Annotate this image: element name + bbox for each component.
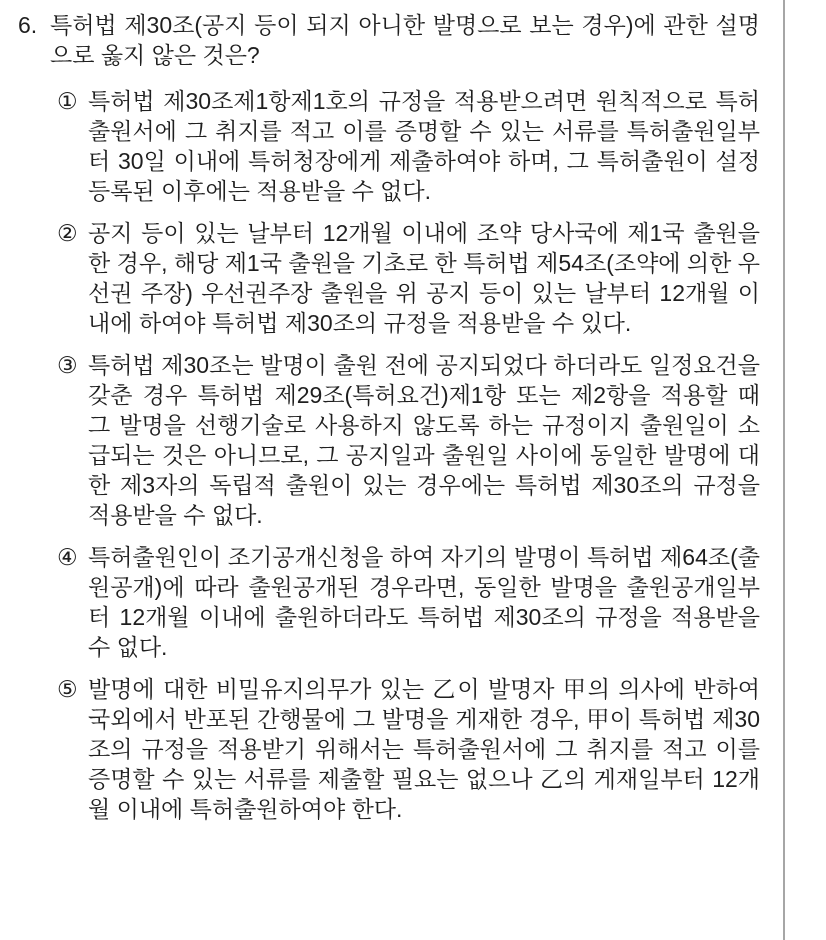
question-text: 특허법 제30조(공지 등이 되지 아니한 발명으로 보는 경우)에 관한 설명… [50, 10, 760, 70]
option-5-text: 발명에 대한 비밀유지의무가 있는 乙이 발명자 甲의 의사에 반하여 국외에서… [88, 674, 760, 824]
question-number: 6. [18, 10, 50, 40]
exam-page: 6. 특허법 제30조(공지 등이 되지 아니한 발명으로 보는 경우)에 관한… [0, 0, 826, 940]
option-2-marker: ② [57, 218, 88, 248]
option-1: ① 특허법 제30조제1항제1호의 규정을 적용받으려면 원칙적으로 특허출원서… [57, 86, 760, 206]
option-5: ⑤ 발명에 대한 비밀유지의무가 있는 乙이 발명자 甲의 의사에 반하여 국외… [57, 674, 760, 824]
page-column-divider [783, 0, 785, 940]
option-2-text: 공지 등이 있는 날부터 12개월 이내에 조약 당사국에 제1국 출원을 한 … [88, 218, 760, 338]
option-5-marker: ⑤ [57, 674, 88, 704]
option-2: ② 공지 등이 있는 날부터 12개월 이내에 조약 당사국에 제1국 출원을 … [57, 218, 760, 338]
option-3: ③ 특허법 제30조는 발명이 출원 전에 공지되었다 하더라도 일정요건을 갖… [57, 350, 760, 530]
option-4-marker: ④ [57, 542, 88, 572]
option-4: ④ 특허출원인이 조기공개신청을 하여 자기의 발명이 특허법 제64조(출원공… [57, 542, 760, 662]
question: 6. 특허법 제30조(공지 등이 되지 아니한 발명으로 보는 경우)에 관한… [18, 10, 760, 70]
options-list: ① 특허법 제30조제1항제1호의 규정을 적용받으려면 원칙적으로 특허출원서… [57, 86, 760, 824]
question-block: 6. 특허법 제30조(공지 등이 되지 아니한 발명으로 보는 경우)에 관한… [18, 10, 760, 824]
option-1-marker: ① [57, 86, 88, 116]
option-3-text: 특허법 제30조는 발명이 출원 전에 공지되었다 하더라도 일정요건을 갖춘 … [88, 350, 760, 530]
option-4-text: 특허출원인이 조기공개신청을 하여 자기의 발명이 특허법 제64조(출원공개)… [88, 542, 760, 662]
option-1-text: 특허법 제30조제1항제1호의 규정을 적용받으려면 원칙적으로 특허출원서에 … [88, 86, 760, 206]
option-3-marker: ③ [57, 350, 88, 380]
